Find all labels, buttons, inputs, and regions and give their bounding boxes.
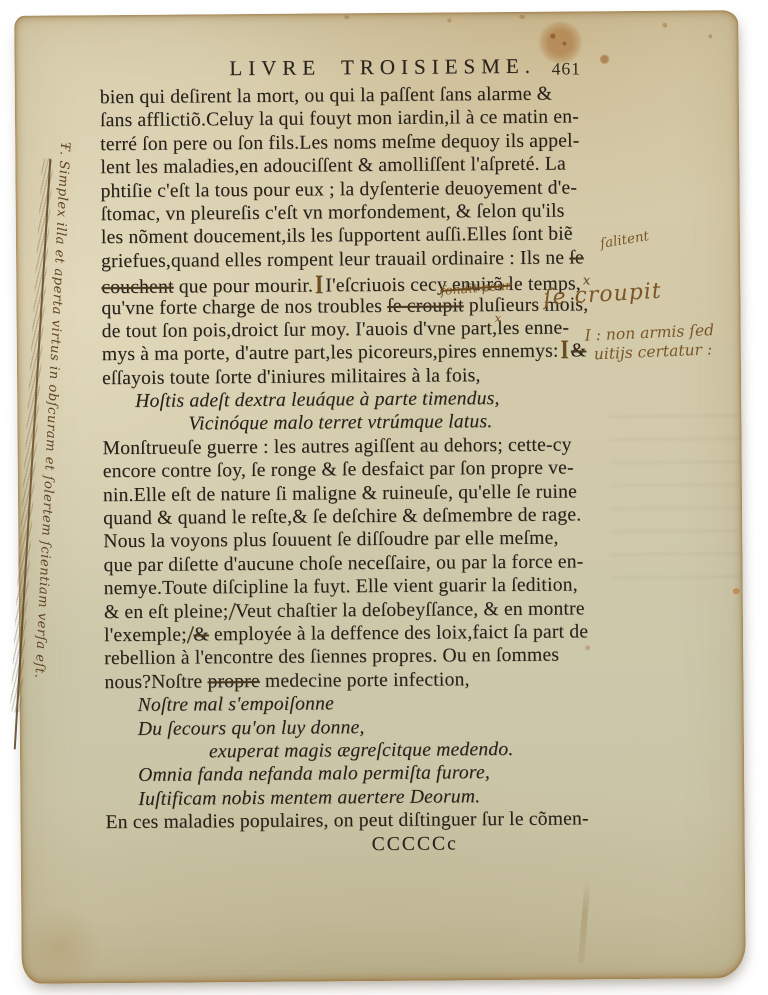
printed-text: eſſayois toute ſorte d'iniures militaire… bbox=[102, 365, 481, 389]
text-line: mys à ma porte, d'autre part,les picoreu… bbox=[102, 339, 668, 367]
printed-text: Nous la voyons plus ſouuent ſe diſſoudre… bbox=[103, 528, 558, 553]
printed-text: Omnia fanda nefanda malo permiſta furore… bbox=[138, 762, 490, 786]
printed-text: lent les maladies,en adouciſſent & amoll… bbox=[100, 154, 566, 179]
printed-text: CCCCCc bbox=[372, 833, 458, 855]
foxing-speck bbox=[708, 34, 712, 38]
printed-text: ſans afflictiõ.Celuy la qui fouyt mon ia… bbox=[100, 107, 579, 132]
printed-text: qu'vne forte charge de nos troubles bbox=[101, 295, 387, 318]
verso-bleedthrough bbox=[609, 408, 740, 579]
corner-foxing bbox=[15, 907, 106, 988]
printed-text: les nõment doucement,ils les ſupportent … bbox=[101, 224, 573, 249]
printed-text: phtiſie c'eſt la tous pour eux ; la dyſe… bbox=[101, 177, 578, 202]
caret-x-mark: x bbox=[495, 311, 502, 325]
printed-text: griefues,quand elles rompent leur trauai… bbox=[101, 247, 569, 272]
printed-text: Du ſecours qu'on luy donne, bbox=[138, 717, 365, 740]
printed-text-block: bien qui deſirent la mort, ou qui la paſ… bbox=[100, 82, 672, 858]
printed-text: medecine porte infection, bbox=[260, 669, 470, 692]
struck-printed-text: & bbox=[571, 341, 587, 362]
page-number: 461 bbox=[552, 58, 581, 79]
foxing-speck bbox=[519, 15, 525, 19]
printed-text: exuperat magis ægreſcitque medendo. bbox=[209, 739, 514, 762]
stain-speck bbox=[562, 42, 566, 46]
printed-text: En ces maladies populaires, on peut diſt… bbox=[105, 808, 588, 833]
printed-text: Monſtrueuſe guerre : les autres agiſſent… bbox=[103, 434, 572, 459]
printed-text: & en eſt pleine; bbox=[104, 601, 229, 623]
struck-printed-text: couchent bbox=[101, 277, 173, 299]
stain-speck bbox=[550, 34, 555, 39]
printed-text: ſtomac, vn pleureſis c'eſt vn morfondeme… bbox=[101, 200, 565, 225]
printed-text: Vicinóque malo terret vtrúmque latus. bbox=[188, 412, 492, 435]
margin-note-non-armis-line2: uitijs certatur : bbox=[594, 340, 713, 363]
printed-text: que par diſette d'aucune choſe neceſſair… bbox=[103, 551, 583, 576]
scanned-book-page: LIVRE TROISIESME. 461 bien qui deſirent … bbox=[0, 0, 768, 995]
foxing-speck bbox=[662, 23, 667, 28]
printed-text: employée à la deffence des loix,faict ſa… bbox=[209, 621, 589, 645]
text-line: En ces maladies populaires, on peut diſt… bbox=[105, 807, 671, 835]
struck-printed-text: propre bbox=[207, 671, 260, 692]
text-line: CCCCCc bbox=[106, 830, 672, 858]
printed-text: nemye.Toute diſcipline la fuyt. Elle vie… bbox=[104, 575, 578, 600]
printed-text: terré ſon pere ou ſon fils.Les noms meſm… bbox=[100, 130, 579, 155]
printed-text: Hoſtis adeſt dextra leuáque à parte time… bbox=[135, 388, 500, 412]
foxing-speck bbox=[733, 588, 740, 594]
insertion-mark: I bbox=[315, 271, 323, 301]
printed-text: mys à ma porte, d'autre part,les picoreu… bbox=[102, 341, 559, 366]
printed-text: bien qui deſirent la mort, ou qui la paſ… bbox=[100, 84, 552, 109]
printed-text: Veut chaſtier la deſobeyſſance, & en mon… bbox=[235, 598, 585, 622]
struck-printed-text: ſe bbox=[569, 247, 584, 268]
printed-text: Iuſtificam nobis mentem auertere Deorum. bbox=[138, 786, 480, 810]
struck-printed-text: ſe croupit bbox=[387, 295, 464, 317]
printed-text: nous?Noſtre bbox=[104, 671, 207, 693]
paper-sheet: LIVRE TROISIESME. 461 bien qui deſirent … bbox=[14, 10, 746, 984]
printed-text: Noſtre mal s'empoiſonne bbox=[138, 694, 335, 717]
stain-drip bbox=[578, 879, 591, 963]
printed-text: rebellion à l'encontre des ſiennes propr… bbox=[104, 645, 559, 670]
text-line: l'exemple;|& employée à la deffence des … bbox=[104, 620, 670, 648]
foxing-speck bbox=[447, 18, 451, 22]
printed-text: l'exemple; bbox=[104, 625, 187, 647]
printed-text: que pour mourir. bbox=[174, 276, 314, 298]
foxing-speck bbox=[585, 645, 590, 650]
insertion-mark: I bbox=[560, 336, 568, 366]
foxing-speck bbox=[344, 15, 349, 19]
printed-text: quand & quand le reſte,& ſe deſchire & d… bbox=[103, 504, 581, 529]
printed-text: nin.Elle eſt de nature ſi maligne & ruin… bbox=[103, 481, 577, 506]
printed-text: encore contre ſoy, ſe ronge & ſe desfaic… bbox=[103, 458, 574, 483]
